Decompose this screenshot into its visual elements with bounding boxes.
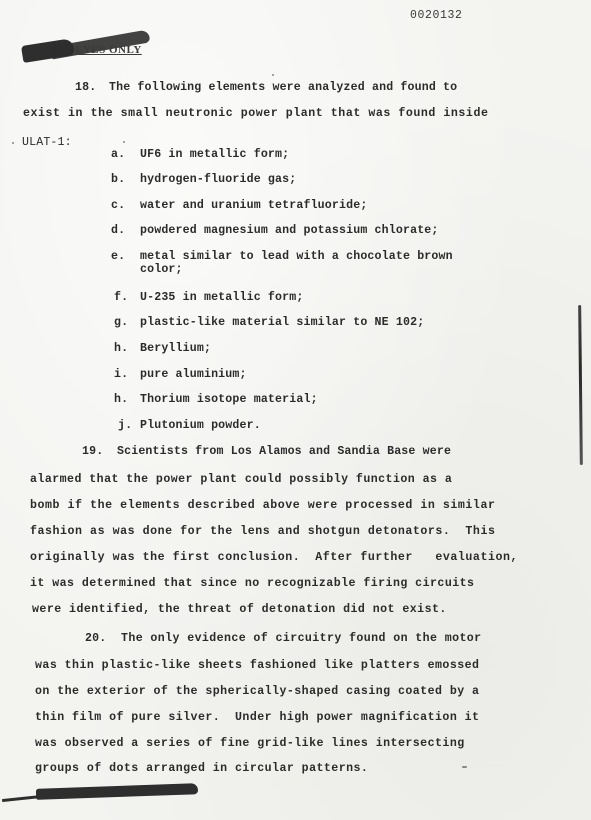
paragraph-lead: ULAT-1: bbox=[22, 136, 72, 149]
list-item-text-continued: color; bbox=[140, 263, 183, 276]
paragraph-line: was observed a series of fine grid-like … bbox=[35, 737, 465, 750]
speck bbox=[462, 766, 467, 768]
list-item-label: c. bbox=[111, 199, 125, 212]
speck bbox=[272, 74, 274, 76]
list-item-text: plastic-like material similar to NE 102; bbox=[140, 316, 424, 329]
footer-redaction-bar bbox=[36, 783, 198, 800]
paragraph-line: exist in the small neutronic power plant… bbox=[23, 107, 488, 120]
list-item-text: pure aluminium; bbox=[140, 368, 247, 381]
document-number: 0020132 bbox=[410, 9, 463, 22]
list-item-label: h. bbox=[114, 342, 128, 355]
list-item-text: Plutonium powder. bbox=[140, 419, 261, 432]
list-item-label: h. bbox=[114, 393, 128, 406]
paragraph-line: were identified, the threat of detonatio… bbox=[32, 603, 447, 616]
paragraph-line: The only evidence of circuitry found on … bbox=[121, 632, 482, 645]
list-item-text: Thorium isotope material; bbox=[140, 393, 318, 406]
list-item-label: f. bbox=[114, 291, 128, 304]
paragraph-number: 20. bbox=[85, 632, 106, 645]
paragraph-line: was thin plastic-like sheets fashioned l… bbox=[35, 659, 479, 672]
list-item-label: g. bbox=[114, 316, 128, 329]
paragraph-line: on the exterior of the spherically-shape… bbox=[35, 685, 479, 698]
list-item-text: UF6 in metallic form; bbox=[140, 148, 289, 161]
header-marking-text: EYES ONLY bbox=[75, 44, 142, 56]
list-item-text: water and uranium tetrafluoride; bbox=[140, 199, 367, 212]
list-item-text: metal similar to lead with a chocolate b… bbox=[140, 250, 453, 263]
paragraph-line: groups of dots arranged in circular patt… bbox=[35, 762, 368, 775]
list-item-label: i. bbox=[114, 368, 128, 381]
list-item-text: U-235 in metallic form; bbox=[140, 291, 303, 304]
list-item-text: hydrogen-fluoride gas; bbox=[140, 173, 296, 186]
list-item-label: e. bbox=[111, 250, 125, 263]
list-item-text: Beryllium; bbox=[140, 342, 211, 355]
speck bbox=[12, 142, 14, 144]
list-item-label: b. bbox=[111, 173, 125, 186]
document-page: 0020132 EYES ONLY 18. The following elem… bbox=[0, 0, 591, 820]
list-item-label: d. bbox=[111, 224, 125, 237]
paragraph-line: fashion as was done for the lens and sho… bbox=[30, 525, 495, 538]
paragraph-line: it was determined that since no recogniz… bbox=[30, 577, 474, 590]
list-item-text: powdered magnesium and potassium chlorat… bbox=[140, 224, 439, 237]
paragraph-line: thin film of pure silver. Under high pow… bbox=[35, 711, 479, 724]
margin-line bbox=[578, 305, 583, 465]
paragraph-line: Scientists from Los Alamos and Sandia Ba… bbox=[117, 445, 451, 458]
paragraph-line: The following elements were analyzed and… bbox=[109, 81, 457, 94]
list-item-label: j. bbox=[118, 419, 132, 432]
paragraph-line: alarmed that the power plant could possi… bbox=[30, 473, 452, 486]
paragraph-line: originally was the first conclusion. Aft… bbox=[30, 551, 518, 564]
speck bbox=[123, 141, 125, 143]
paragraph-line: bomb if the elements described above wer… bbox=[30, 499, 495, 512]
list-item-label: a. bbox=[111, 148, 125, 161]
paragraph-number: 18. bbox=[75, 81, 96, 94]
paragraph-number: 19. bbox=[82, 445, 103, 458]
